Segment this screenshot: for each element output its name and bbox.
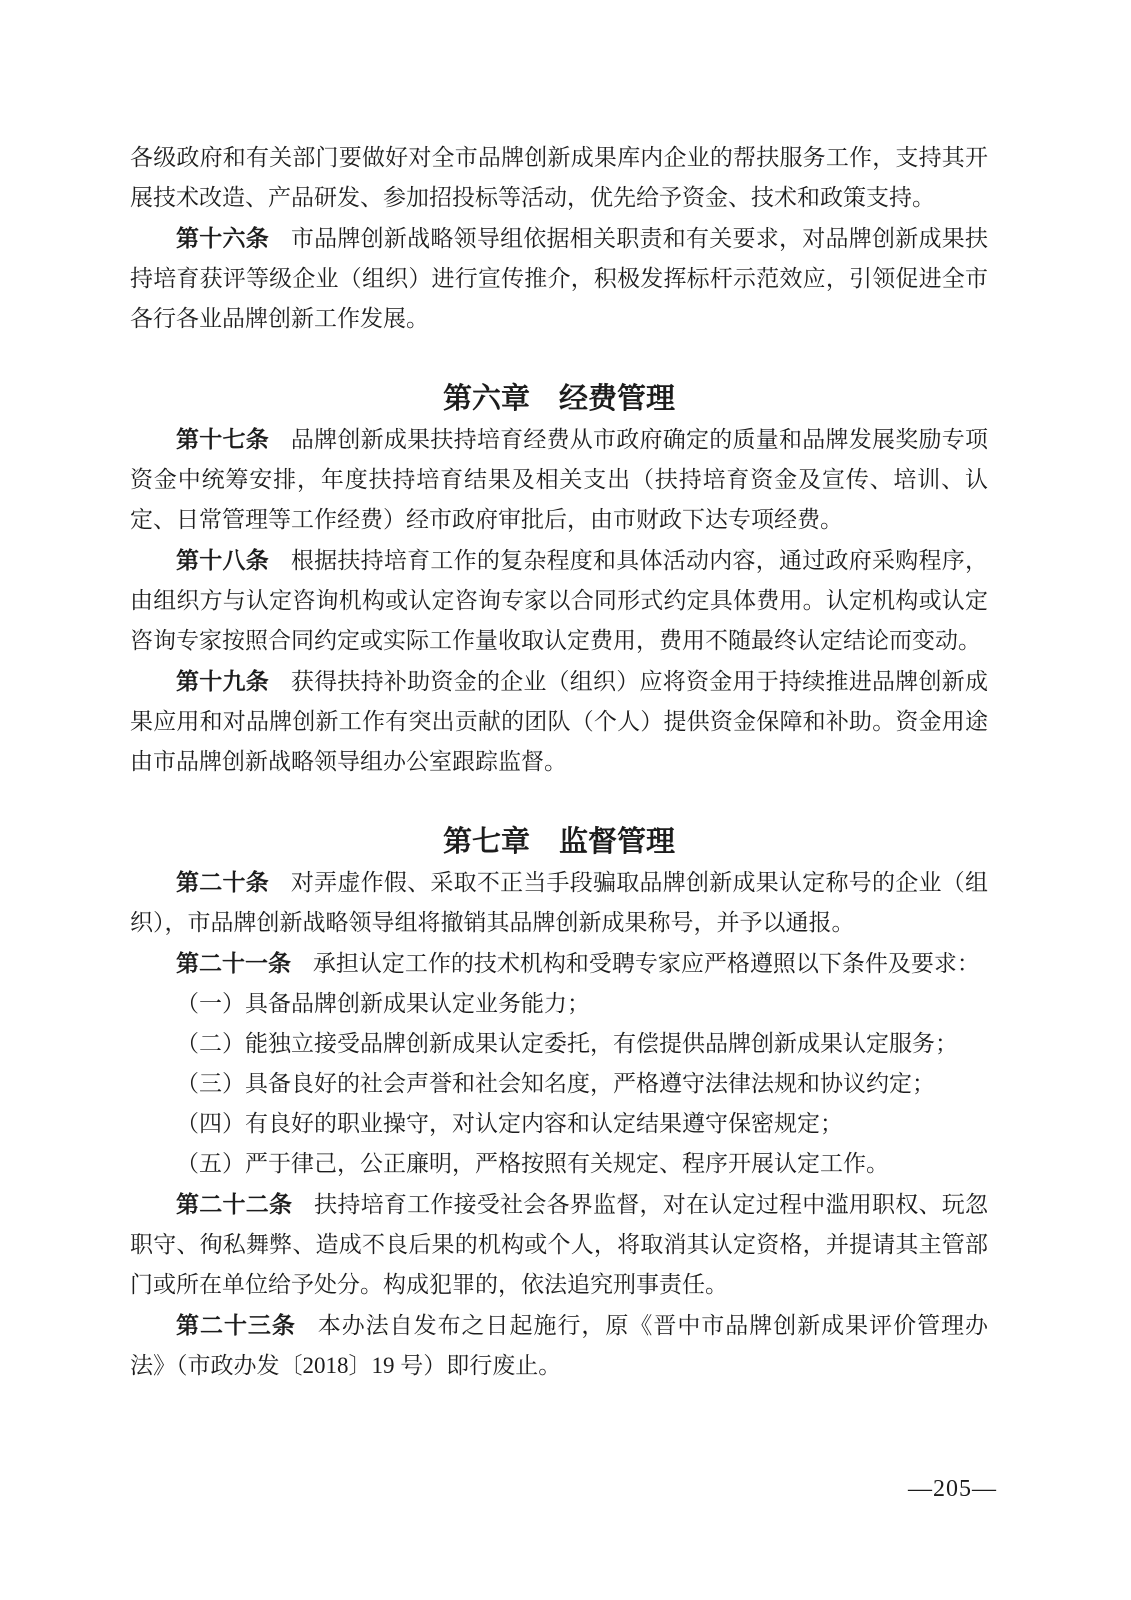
article-number: 第二十三条: [176, 1312, 296, 1338]
article-number: 第十七条: [176, 426, 269, 452]
article-20: 第二十条对弄虚作假、采取不正当手段骗取品牌创新成果认定称号的企业（组织），市品牌…: [130, 862, 988, 943]
list-item-5: （五）严于律己，公正廉明，严格按照有关规定、程序开展认定工作。: [130, 1144, 988, 1184]
chapter-heading-7: 第七章 监督管理: [130, 822, 988, 862]
article-number: 第十六条: [176, 225, 269, 251]
article-18: 第十八条根据扶持培育工作的复杂程度和具体活动内容，通过政府采购程序，由组织方与认…: [130, 540, 988, 661]
paragraph-continuation: 各级政府和有关部门要做好对全市品牌创新成果库内企业的帮扶服务工作，支持其开展技术…: [130, 138, 988, 218]
article-21: 第二十一条承担认定工作的技术机构和受聘专家应严格遵照以下条件及要求：: [130, 943, 988, 984]
list-item-3: （三）具备良好的社会声誉和社会知名度，严格遵守法律法规和协议约定；: [130, 1064, 988, 1104]
article-number: 第十八条: [176, 547, 269, 573]
article-16: 第十六条市品牌创新战略领导组依据相关职责和有关要求，对品牌创新成果扶持培育获评等…: [130, 218, 988, 339]
document-content: 各级政府和有关部门要做好对全市品牌创新成果库内企业的帮扶服务工作，支持其开展技术…: [130, 138, 988, 1386]
list-item-1: （一）具备品牌创新成果认定业务能力；: [130, 984, 988, 1024]
article-17: 第十七条品牌创新成果扶持培育经费从市政府确定的质量和品牌发展奖励专项资金中统筹安…: [130, 419, 988, 540]
document-page: 各级政府和有关部门要做好对全市品牌创新成果库内企业的帮扶服务工作，支持其开展技术…: [0, 0, 1131, 1600]
list-item-4: （四）有良好的职业操守，对认定内容和认定结果遵守保密规定；: [130, 1104, 988, 1144]
paragraph-text: 各级政府和有关部门要做好对全市品牌创新成果库内企业的帮扶服务工作，支持其开展技术…: [130, 145, 988, 210]
page-number: —205—: [908, 1474, 997, 1504]
article-number: 第十九条: [176, 668, 269, 694]
article-number: 第二十一条: [176, 950, 291, 976]
article-number: 第二十条: [176, 869, 269, 895]
article-19: 第十九条获得扶持补助资金的企业（组织）应将资金用于持续推进品牌创新成果应用和对品…: [130, 661, 988, 782]
article-number: 第二十二条: [176, 1191, 292, 1217]
chapter-heading-6: 第六章 经费管理: [130, 379, 988, 419]
article-22: 第二十二条扶持培育工作接受社会各界监督，对在认定过程中滥用职权、玩忽职守、徇私舞…: [130, 1184, 988, 1305]
list-item-2: （二）能独立接受品牌创新成果认定委托，有偿提供品牌创新成果认定服务；: [130, 1024, 988, 1064]
article-23: 第二十三条本办法自发布之日起施行，原《晋中市品牌创新成果评价管理办法》（市政办发…: [130, 1305, 988, 1386]
article-text: 承担认定工作的技术机构和受聘专家应严格遵照以下条件及要求：: [313, 951, 980, 976]
